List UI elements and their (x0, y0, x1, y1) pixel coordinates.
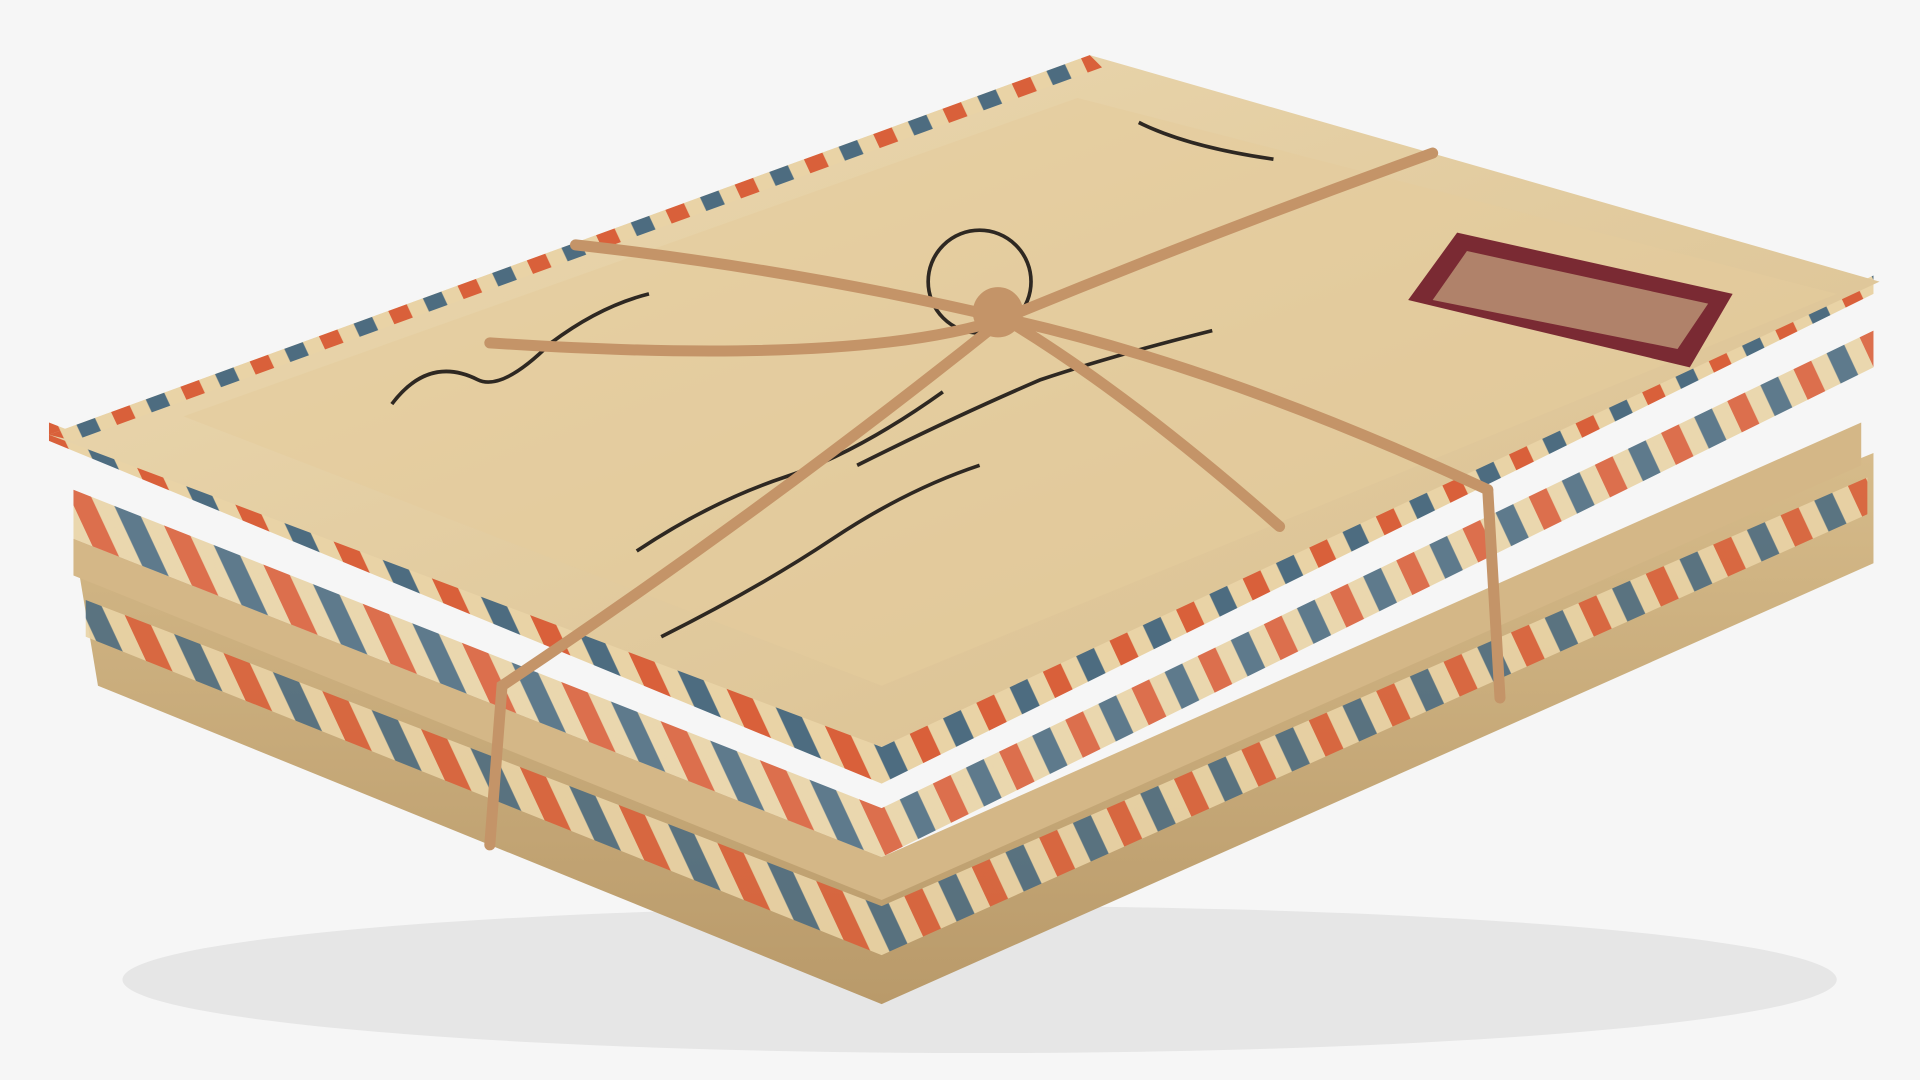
envelope-stack-render (0, 0, 1920, 1080)
envelope-stack-illustration (0, 0, 1920, 1080)
